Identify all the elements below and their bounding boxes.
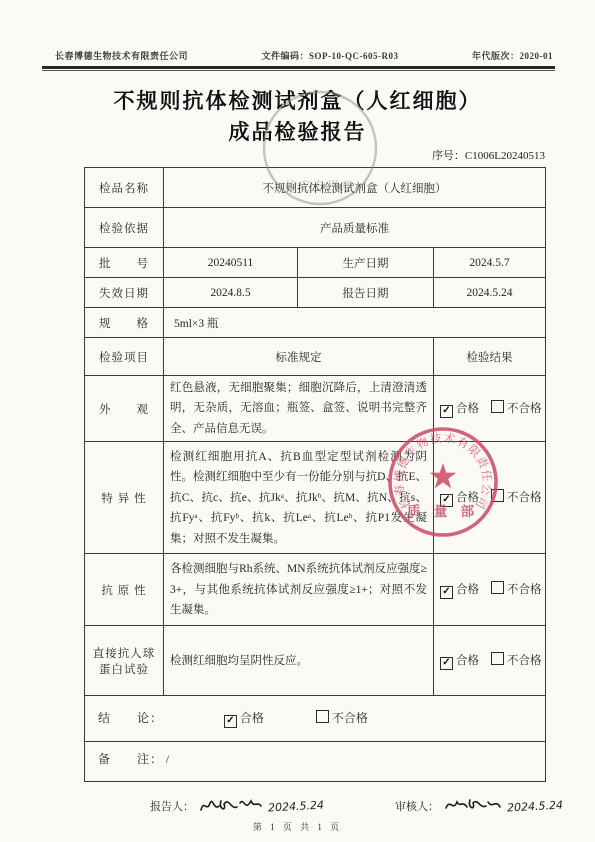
header-item: 检验项目: [85, 338, 164, 376]
report-title-line1: 不规则抗体检测试剂盒（人红细胞）: [0, 86, 595, 117]
conclusion-row: 结 论： ✓合格不合格: [85, 696, 546, 742]
batch-value: 20240511: [164, 248, 298, 278]
antiglobulin-result: ✓合格不合格: [434, 626, 546, 696]
header-standard: 标准规定: [164, 338, 434, 376]
prod-date-label: 生产日期: [298, 248, 434, 278]
checkbox-empty-icon: [491, 400, 504, 413]
basis-value: 产品质量标准: [164, 208, 546, 248]
reporter-label: 报告人：: [150, 798, 194, 814]
checkbox-checked-icon: ✓: [440, 405, 453, 418]
checkbox-empty-icon: [491, 581, 504, 594]
checkbox-checked-icon: ✓: [440, 494, 453, 507]
expiry-label: 失效日期: [85, 278, 164, 308]
basis-label: 检验依据: [85, 208, 164, 248]
fail-label: 不合格: [507, 403, 542, 415]
header-rule-thick: [42, 66, 555, 69]
specificity-label: 特 异 性: [85, 442, 164, 554]
pass-label: 合格: [456, 403, 479, 415]
page-number: 第 1 页 共 1 页: [0, 820, 595, 833]
conclusion-fail-label: 不合格: [332, 711, 368, 725]
table-row-antiglobulin: 直接抗人球蛋白试验 检测红细胞均呈阴性反应。 ✓合格不合格: [85, 626, 546, 696]
header-rule-thin: [42, 70, 555, 71]
reviewer-label: 审核人：: [395, 798, 439, 814]
table-row: 失效日期 2024.8.5 报告日期 2024.5.24: [85, 278, 546, 308]
fail-label: 不合格: [507, 492, 542, 504]
checkbox-empty-icon: [316, 710, 329, 723]
reviewer-signature: [443, 795, 503, 817]
sample-name-label: 检品名称: [85, 168, 164, 208]
conclusion-boxes: ✓合格不合格: [224, 711, 368, 725]
meta-header: 长春博德生物技术有限责任公司 文件编码：SOP-10-QC-605-R03 年代…: [55, 49, 553, 62]
sample-name-value: 不规则抗体检测试剂盒（人红细胞）: [164, 168, 546, 208]
table-row: 检验依据 产品质量标准: [85, 208, 546, 248]
fail-label: 不合格: [507, 584, 542, 596]
appearance-result: ✓合格不合格: [434, 376, 546, 442]
table-header-row: 检验项目 标准规定 检验结果: [85, 338, 546, 376]
remark-cell: 备 注： /: [85, 742, 546, 782]
reporter-signature: [198, 795, 264, 817]
antigenicity-label: 抗 原 性: [85, 554, 164, 626]
reviewer-date: 2024.5.24: [507, 798, 564, 814]
remark-row: 备 注： /: [85, 742, 546, 782]
checkbox-empty-icon: [491, 652, 504, 665]
specificity-result: ✓合格不合格: [434, 442, 546, 554]
pass-label: 合格: [456, 655, 479, 667]
serial-number: 序号：C1006L20240513: [432, 147, 545, 163]
spec-label: 规 格: [85, 308, 164, 338]
reporter-date: 2024.5.24: [268, 798, 325, 814]
doc-version: 年代版次：2020-01: [472, 49, 553, 62]
signature-line: 报告人： 2024.5.24 审核人： 2024.5.24: [150, 795, 563, 817]
checkbox-empty-icon: [491, 489, 504, 502]
batch-label: 批 号: [85, 248, 164, 278]
remark-value: /: [166, 754, 169, 766]
reporter-group: 报告人： 2024.5.24: [150, 795, 324, 817]
report-date-label: 报告日期: [298, 278, 434, 308]
company-name: 长春博德生物技术有限责任公司: [55, 49, 188, 62]
appearance-label: 外 观: [85, 376, 164, 442]
fail-label: 不合格: [507, 655, 542, 667]
appearance-standard: 红色悬液，无细胞聚集；细胞沉降后，上清澄清透明，无杂质，无溶血；瓶签、盒签、说明…: [164, 376, 434, 442]
checkbox-checked-icon: ✓: [440, 657, 453, 670]
antiglobulin-label: 直接抗人球蛋白试验: [85, 626, 164, 696]
antigenicity-standard: 各检测细胞与Rh系统、MN系统抗体试剂反应强度≥3+，与其他系统抗体试剂反应强度…: [164, 554, 434, 626]
table-row: 批 号 20240511 生产日期 2024.5.7: [85, 248, 546, 278]
conclusion-label: 结 论：: [98, 711, 163, 725]
conclusion-pass-label: 合格: [240, 711, 264, 725]
report-title-line2: 成品检验报告: [0, 117, 595, 148]
inspection-table: 检品名称 不规则抗体检测试剂盒（人红细胞） 检验依据 产品质量标准 批 号 20…: [84, 167, 546, 782]
report-date-value: 2024.5.24: [434, 278, 546, 308]
header-result: 检验结果: [434, 338, 546, 376]
expiry-value: 2024.8.5: [164, 278, 298, 308]
doc-code: 文件编码：SOP-10-QC-605-R03: [262, 49, 399, 62]
prod-date-value: 2024.5.7: [434, 248, 546, 278]
report-title: 不规则抗体检测试剂盒（人红细胞） 成品检验报告: [0, 86, 595, 148]
checkbox-checked-icon: ✓: [440, 586, 453, 599]
table-row-appearance: 外 观 红色悬液，无细胞聚集；细胞沉降后，上清澄清透明，无杂质，无溶血；瓶签、盒…: [85, 376, 546, 442]
spec-value: 5ml×3 瓶: [164, 308, 546, 338]
table-row: 规 格 5ml×3 瓶: [85, 308, 546, 338]
table-row-antigenicity: 抗 原 性 各检测细胞与Rh系统、MN系统抗体试剂反应强度≥3+，与其他系统抗体…: [85, 554, 546, 626]
report-page: 长春博德生物技术有限责任公司 文件编码：SOP-10-QC-605-R03 年代…: [0, 0, 595, 842]
table-row-specificity: 特 异 性 检测红细胞用抗A、抗B血型定型试剂检测为阴性。检测红细胞中至少有一份…: [85, 442, 546, 554]
conclusion-cell: 结 论： ✓合格不合格: [85, 696, 546, 742]
specificity-standard: 检测红细胞用抗A、抗B血型定型试剂检测为阴性。检测红细胞中至少有一份能分别与抗D…: [164, 442, 434, 554]
antiglobulin-standard: 检测红细胞均呈阴性反应。: [164, 626, 434, 696]
table-row: 检品名称 不规则抗体检测试剂盒（人红细胞）: [85, 168, 546, 208]
pass-label: 合格: [456, 492, 479, 504]
checkbox-checked-icon: ✓: [224, 715, 237, 728]
reviewer-group: 审核人： 2024.5.24: [395, 795, 563, 817]
antigenicity-result: ✓合格不合格: [434, 554, 546, 626]
pass-label: 合格: [456, 584, 479, 596]
remark-label: 备 注：: [98, 752, 163, 766]
